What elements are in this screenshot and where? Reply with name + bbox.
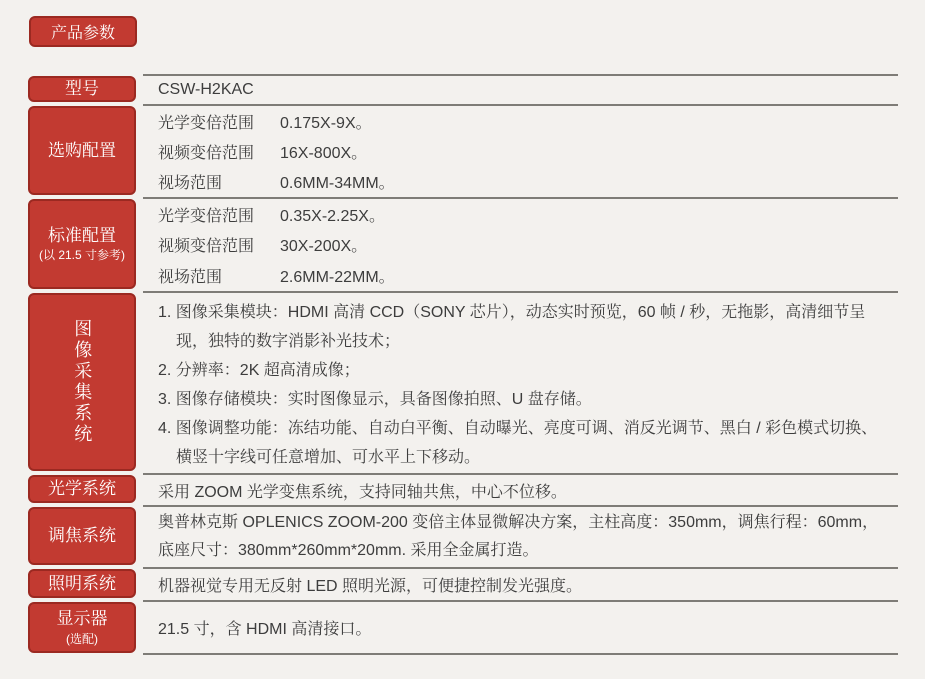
- table-row-display: 显示器 (选配) 21.5 寸，含 HDMI 高清接口。: [28, 600, 898, 655]
- label-cell-imaging: 图像采集系统: [28, 291, 136, 473]
- row-label-standard: 标准配置 (以 21.5 寸参考): [28, 199, 136, 289]
- imaging-feature-item: 1. 图像采集模块：HDMI 高清 CCD（SONY 芯片），动态实时预览，60…: [158, 298, 890, 356]
- product-parameters-sheet: 产品参数 型号 CSW-H2KAC 选购配置 光: [0, 0, 925, 679]
- row-label-text: 标准配置: [48, 225, 116, 246]
- table-row-optional-config: 选购配置 光学变倍范围 0.175X-9X。 视频变倍范围 16X-800X。 …: [28, 104, 898, 197]
- content-cell-model: CSW-H2KAC: [143, 74, 898, 104]
- spec-value: 0.35X-2.25X。: [280, 203, 385, 226]
- content-cell-focusing: 奥普林克斯 OPLENICS ZOOM-200 变倍主体显微解决方案，主柱高度：…: [143, 505, 898, 567]
- spec-row: 光学变倍范围 0.175X-9X。: [158, 110, 898, 133]
- label-cell-standard: 标准配置 (以 21.5 寸参考): [28, 197, 136, 291]
- row-label-text: 型号: [65, 78, 99, 99]
- content-cell-optical: 采用 ZOOM 光学变焦系统，支持同轴共焦，中心不位移。: [143, 473, 898, 505]
- row-label-text: 选购配置: [48, 140, 116, 161]
- display-description: 21.5 寸，含 HDMI 高清接口。: [158, 616, 898, 639]
- table-row-model: 型号 CSW-H2KAC: [28, 74, 898, 104]
- spec-row: 视场范围 2.6MM-22MM。: [158, 264, 898, 287]
- row-label-text: 光学系统: [48, 478, 116, 499]
- spec-list: 光学变倍范围 0.175X-9X。 视频变倍范围 16X-800X。 视场范围 …: [158, 106, 898, 197]
- row-label-text: 照明系统: [48, 573, 116, 594]
- spec-value: 0.6MM-34MM。: [280, 170, 395, 193]
- spec-table: 型号 CSW-H2KAC 选购配置 光学变倍范围 0.175X-9X。: [28, 74, 898, 655]
- imaging-feature-item: 3. 图像存储模块：实时图像显示，具备图像拍照、U 盘存储。: [158, 385, 890, 414]
- imaging-feature-list: 1. 图像采集模块：HDMI 高清 CCD（SONY 芯片），动态实时预览，60…: [158, 293, 898, 472]
- label-cell-optical: 光学系统: [28, 473, 136, 505]
- row-label-optional: 选购配置: [28, 106, 136, 195]
- spec-name: 光学变倍范围: [158, 203, 280, 226]
- spec-value: 0.175X-9X。: [280, 110, 372, 133]
- row-label-imaging: 图像采集系统: [28, 293, 136, 471]
- optical-system-description: 采用 ZOOM 光学变焦系统，支持同轴共焦，中心不位移。: [158, 479, 898, 502]
- label-cell-display: 显示器 (选配): [28, 600, 136, 655]
- row-label-text-vertical: 图像采集系统: [71, 319, 94, 445]
- row-label-illumination: 照明系统: [28, 569, 136, 598]
- row-label-subtext: (以 21.5 寸参考): [39, 248, 125, 263]
- table-row-focusing-system: 调焦系统 奥普林克斯 OPLENICS ZOOM-200 变倍主体显微解决方案，…: [28, 505, 898, 567]
- label-cell-illumination: 照明系统: [28, 567, 136, 600]
- row-label-model: 型号: [28, 76, 136, 102]
- content-cell-standard: 光学变倍范围 0.35X-2.25X。 视频变倍范围 30X-200X。 视场范…: [143, 197, 898, 291]
- table-row-standard-config: 标准配置 (以 21.5 寸参考) 光学变倍范围 0.35X-2.25X。 视频…: [28, 197, 898, 291]
- spec-name: 视场范围: [158, 264, 280, 287]
- spec-row: 光学变倍范围 0.35X-2.25X。: [158, 203, 898, 226]
- imaging-feature-item: 2. 分辨率：2K 超高清成像；: [158, 356, 890, 385]
- spec-row: 视频变倍范围 30X-200X。: [158, 233, 898, 256]
- table-row-optical-system: 光学系统 采用 ZOOM 光学变焦系统，支持同轴共焦，中心不位移。: [28, 473, 898, 505]
- label-cell-optional: 选购配置: [28, 104, 136, 197]
- section-title-badge: 产品参数: [29, 16, 137, 47]
- label-cell-focusing: 调焦系统: [28, 505, 136, 567]
- spec-name: 视频变倍范围: [158, 140, 280, 163]
- table-row-illumination-system: 照明系统 机器视觉专用无反射 LED 照明光源，可便捷控制发光强度。: [28, 567, 898, 600]
- content-cell-imaging: 1. 图像采集模块：HDMI 高清 CCD（SONY 芯片），动态实时预览，60…: [143, 291, 898, 473]
- imaging-feature-item: 4. 图像调整功能：冻结功能、自动白平衡、自动曝光、亮度可调、消反光调节、黑白 …: [158, 414, 890, 472]
- focusing-system-description: 奥普林克斯 OPLENICS ZOOM-200 变倍主体显微解决方案，主柱高度：…: [158, 509, 898, 565]
- spec-value: 16X-800X。: [280, 140, 367, 163]
- spec-name: 视场范围: [158, 170, 280, 193]
- row-label-display: 显示器 (选配): [28, 602, 136, 653]
- content-cell-optional: 光学变倍范围 0.175X-9X。 视频变倍范围 16X-800X。 视场范围 …: [143, 104, 898, 197]
- row-label-subtext: (选配): [66, 632, 98, 647]
- spec-list: 光学变倍范围 0.35X-2.25X。 视频变倍范围 30X-200X。 视场范…: [158, 199, 898, 291]
- illumination-system-description: 机器视觉专用无反射 LED 照明光源，可便捷控制发光强度。: [158, 573, 898, 596]
- spec-name: 视频变倍范围: [158, 233, 280, 256]
- spec-row: 视场范围 0.6MM-34MM。: [158, 170, 898, 193]
- row-label-text: 显示器: [57, 608, 108, 629]
- table-row-imaging-system: 图像采集系统 1. 图像采集模块：HDMI 高清 CCD（SONY 芯片），动态…: [28, 291, 898, 473]
- spec-value: 2.6MM-22MM。: [280, 264, 395, 287]
- label-cell-model: 型号: [28, 74, 136, 104]
- content-cell-display: 21.5 寸，含 HDMI 高清接口。: [143, 600, 898, 655]
- row-label-focusing: 调焦系统: [28, 507, 136, 565]
- model-value: CSW-H2KAC: [158, 81, 898, 99]
- spec-row: 视频变倍范围 16X-800X。: [158, 140, 898, 163]
- spec-name: 光学变倍范围: [158, 110, 280, 133]
- row-label-optical: 光学系统: [28, 475, 136, 503]
- content-cell-illumination: 机器视觉专用无反射 LED 照明光源，可便捷控制发光强度。: [143, 567, 898, 600]
- spec-value: 30X-200X。: [280, 233, 367, 256]
- row-label-text: 调焦系统: [48, 525, 116, 546]
